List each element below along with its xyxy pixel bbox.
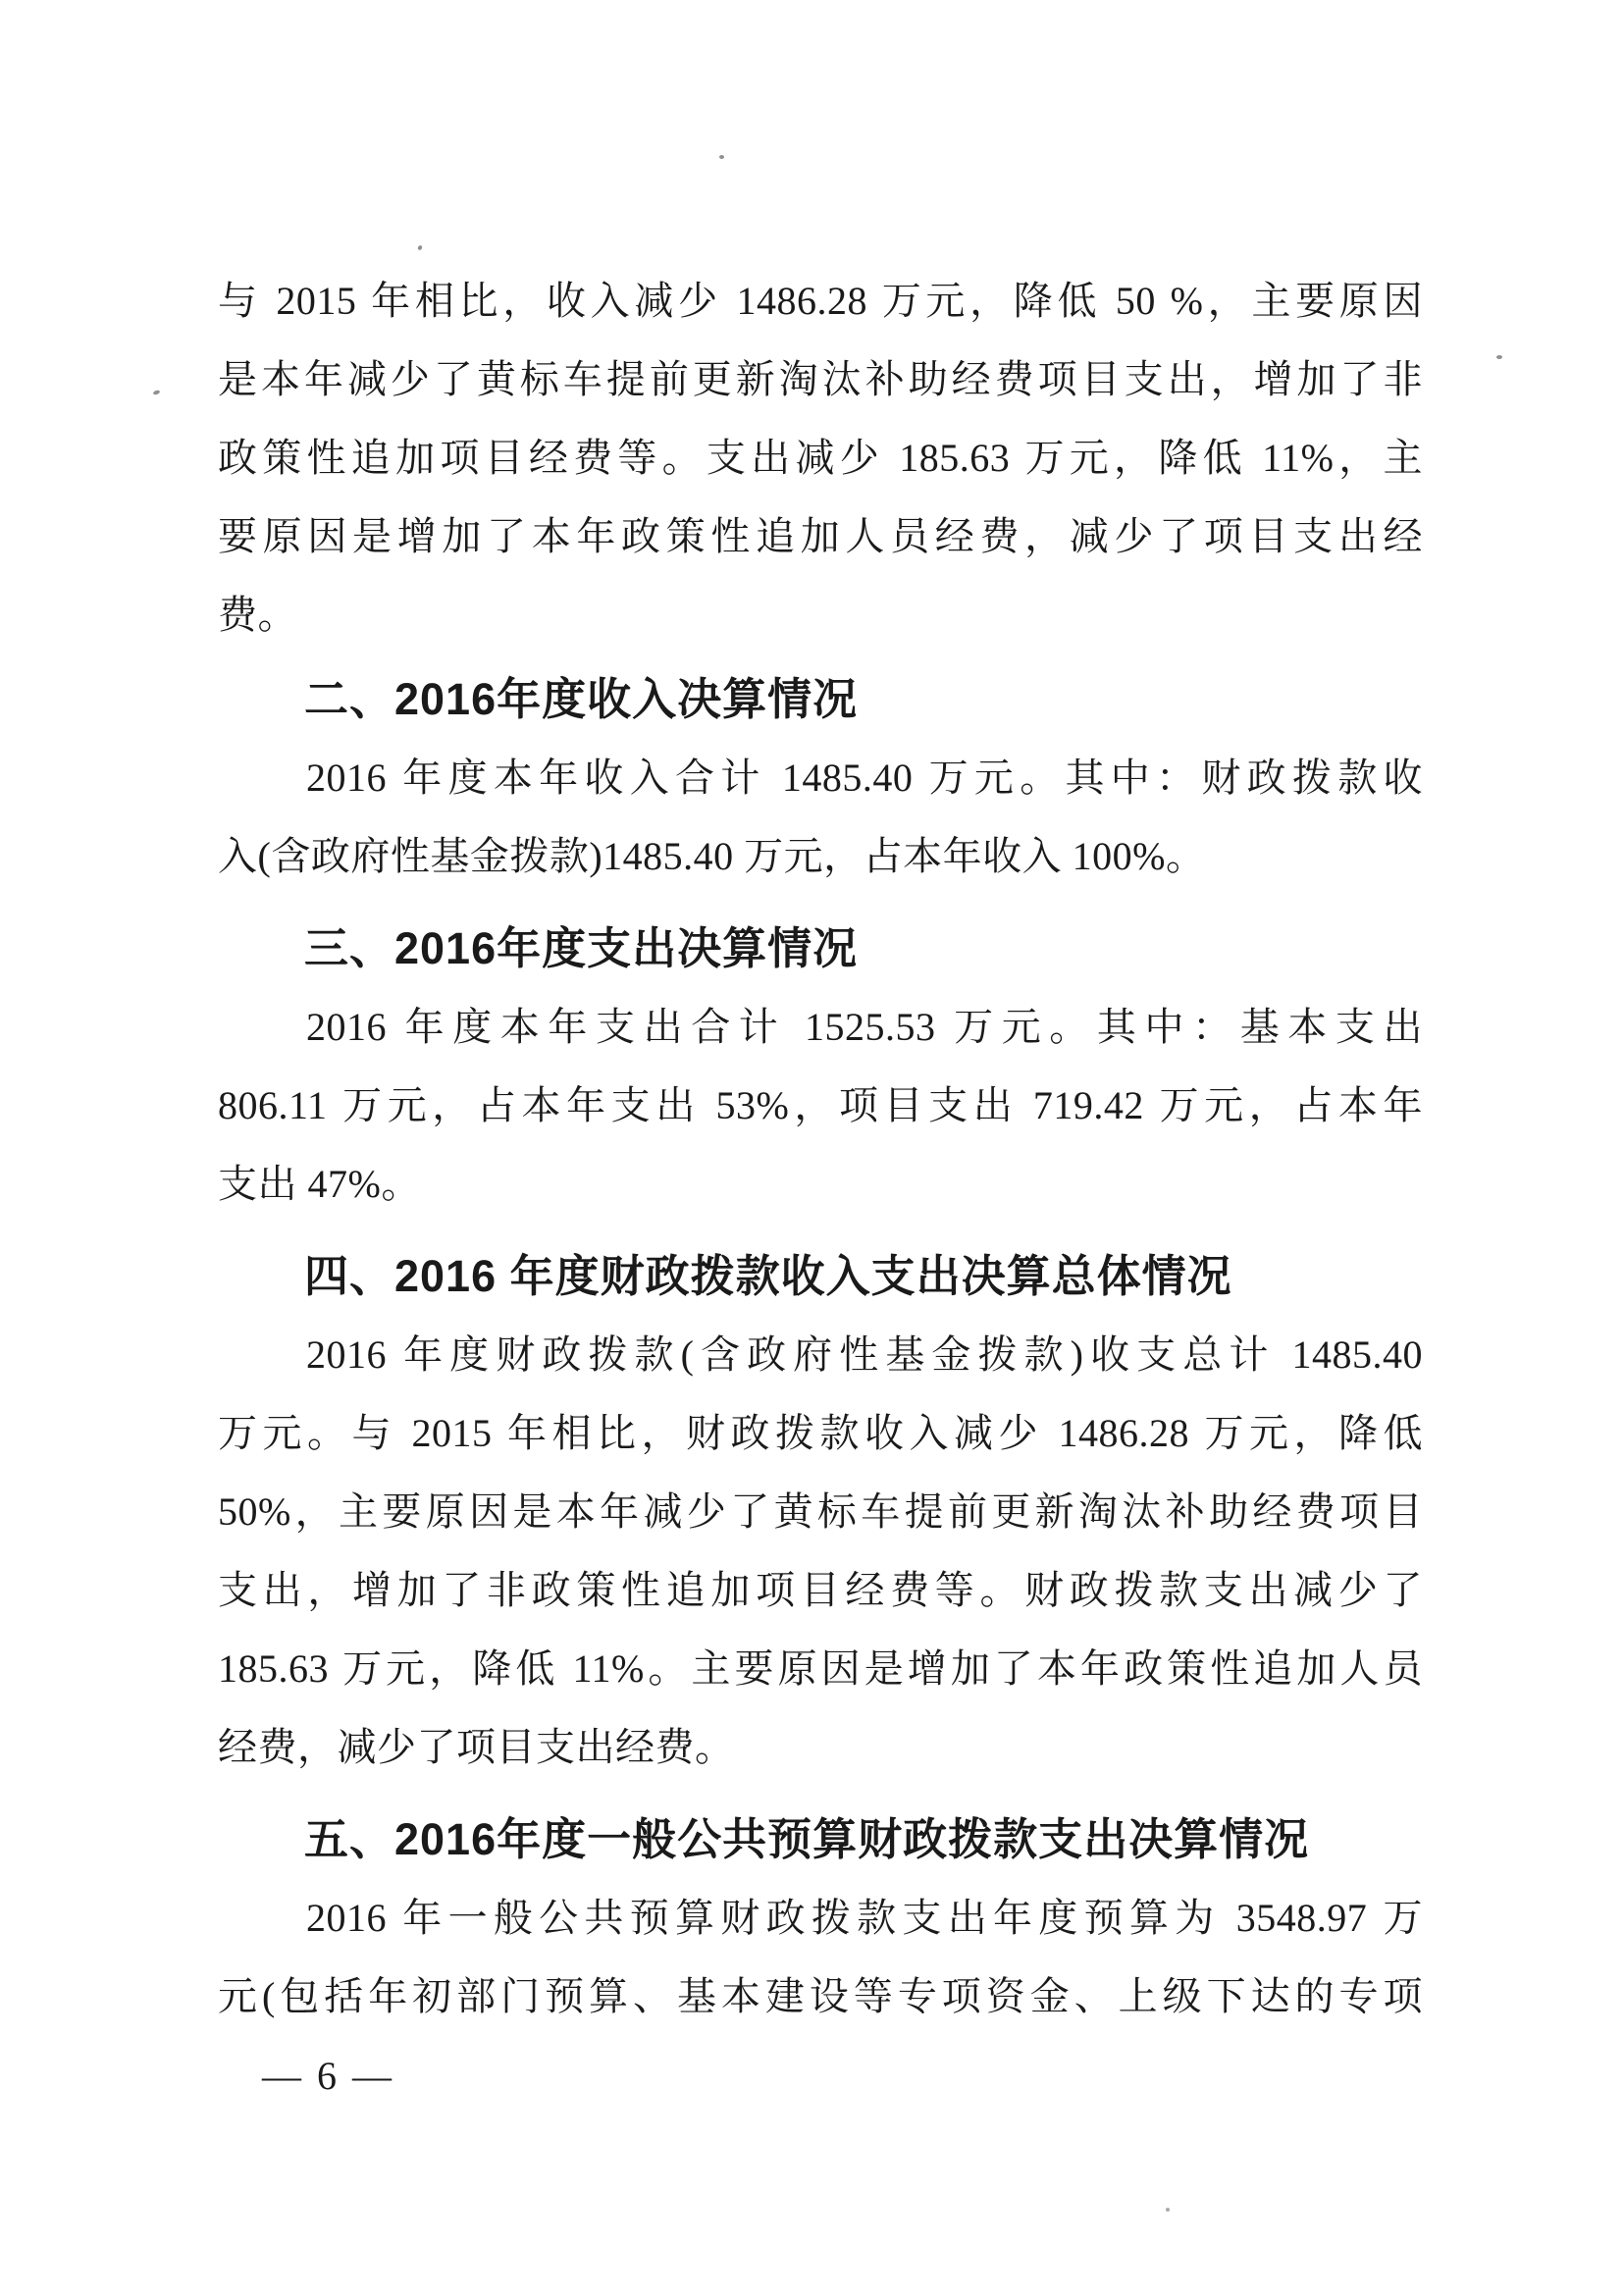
page-content: 与 2015 年相比，收入减少 1486.28 万元，降低 50 %，主要原因 … (218, 262, 1423, 2111)
section-heading-fiscal-appropriation-overview: 四、2016 年度财政拨款收入支出决算总体情况 (304, 1237, 1423, 1316)
body-line: 50%，主要原因是本年减少了黄标车提前更新淘汰补助经费项目 (218, 1473, 1423, 1551)
section-heading-general-public-budget: 五、2016年度一般公共预算财政拨款支出决算情况 (304, 1800, 1423, 1879)
paragraph-expenditure: 2016 年度本年支出合计 1525.53 万元。其中：基本支出 806.11 … (218, 988, 1423, 1224)
body-line: 支出 47%。 (218, 1145, 1423, 1224)
body-line: 2016 年一般公共预算财政拨款支出年度预算为 3548.97 万 (218, 1879, 1423, 1957)
body-line: 经费，减少了项目支出经费。 (218, 1708, 1423, 1787)
page-number: — 6 — (262, 2042, 1423, 2111)
body-line: 万元。与 2015 年相比，财政拨款收入减少 1486.28 万元，降低 (218, 1394, 1423, 1473)
body-line: 2016 年度本年收入合计 1485.40 万元。其中：财政拨款收 (218, 739, 1423, 817)
body-line: 支出，增加了非政策性追加项目经费等。财政拨款支出减少了 (218, 1551, 1423, 1630)
scan-speck (1166, 2208, 1170, 2212)
body-line: 与 2015 年相比，收入减少 1486.28 万元，降低 50 %，主要原因 (218, 262, 1423, 340)
scan-speck (417, 244, 423, 250)
body-line: 806.11 万元，占本年支出 53%，项目支出 719.42 万元，占本年 (218, 1067, 1423, 1145)
scan-speck (153, 390, 161, 395)
section-heading-expenditure: 三、2016年度支出决算情况 (304, 910, 1423, 988)
body-line: 是本年减少了黄标车提前更新淘汰补助经费项目支出，增加了非 (218, 340, 1423, 419)
body-line: 政策性追加项目经费等。支出减少 185.63 万元，降低 11%，主 (218, 419, 1423, 497)
body-line: 185.63 万元，降低 11%。主要原因是增加了本年政策性追加人员 (218, 1630, 1423, 1708)
document-page: 与 2015 年相比，收入减少 1486.28 万元，降低 50 %，主要原因 … (0, 0, 1623, 2296)
body-line: 元(包括年初部门预算、基本建设等专项资金、上级下达的专项 (218, 1957, 1423, 2036)
body-line: 费。 (218, 576, 1423, 654)
paragraph-income: 2016 年度本年收入合计 1485.40 万元。其中：财政拨款收 入(含政府性… (218, 739, 1423, 896)
paragraph-continued-from-previous-page: 与 2015 年相比，收入减少 1486.28 万元，降低 50 %，主要原因 … (218, 262, 1423, 654)
body-line: 入(含政府性基金拨款)1485.40 万元，占本年收入 100%。 (218, 817, 1423, 896)
paragraph-fiscal-appropriation: 2016 年度财政拨款(含政府性基金拨款)收支总计 1485.40 万元。与 2… (218, 1316, 1423, 1787)
body-line: 2016 年度本年支出合计 1525.53 万元。其中：基本支出 (218, 988, 1423, 1067)
section-heading-income: 二、2016年度收入决算情况 (304, 660, 1423, 739)
body-line: 要原因是增加了本年政策性追加人员经费，减少了项目支出经 (218, 497, 1423, 576)
body-line: 2016 年度财政拨款(含政府性基金拨款)收支总计 1485.40 (218, 1316, 1423, 1394)
scan-speck (719, 155, 724, 159)
scan-speck (1496, 355, 1502, 359)
paragraph-general-public-budget: 2016 年一般公共预算财政拨款支出年度预算为 3548.97 万 元(包括年初… (218, 1879, 1423, 2036)
